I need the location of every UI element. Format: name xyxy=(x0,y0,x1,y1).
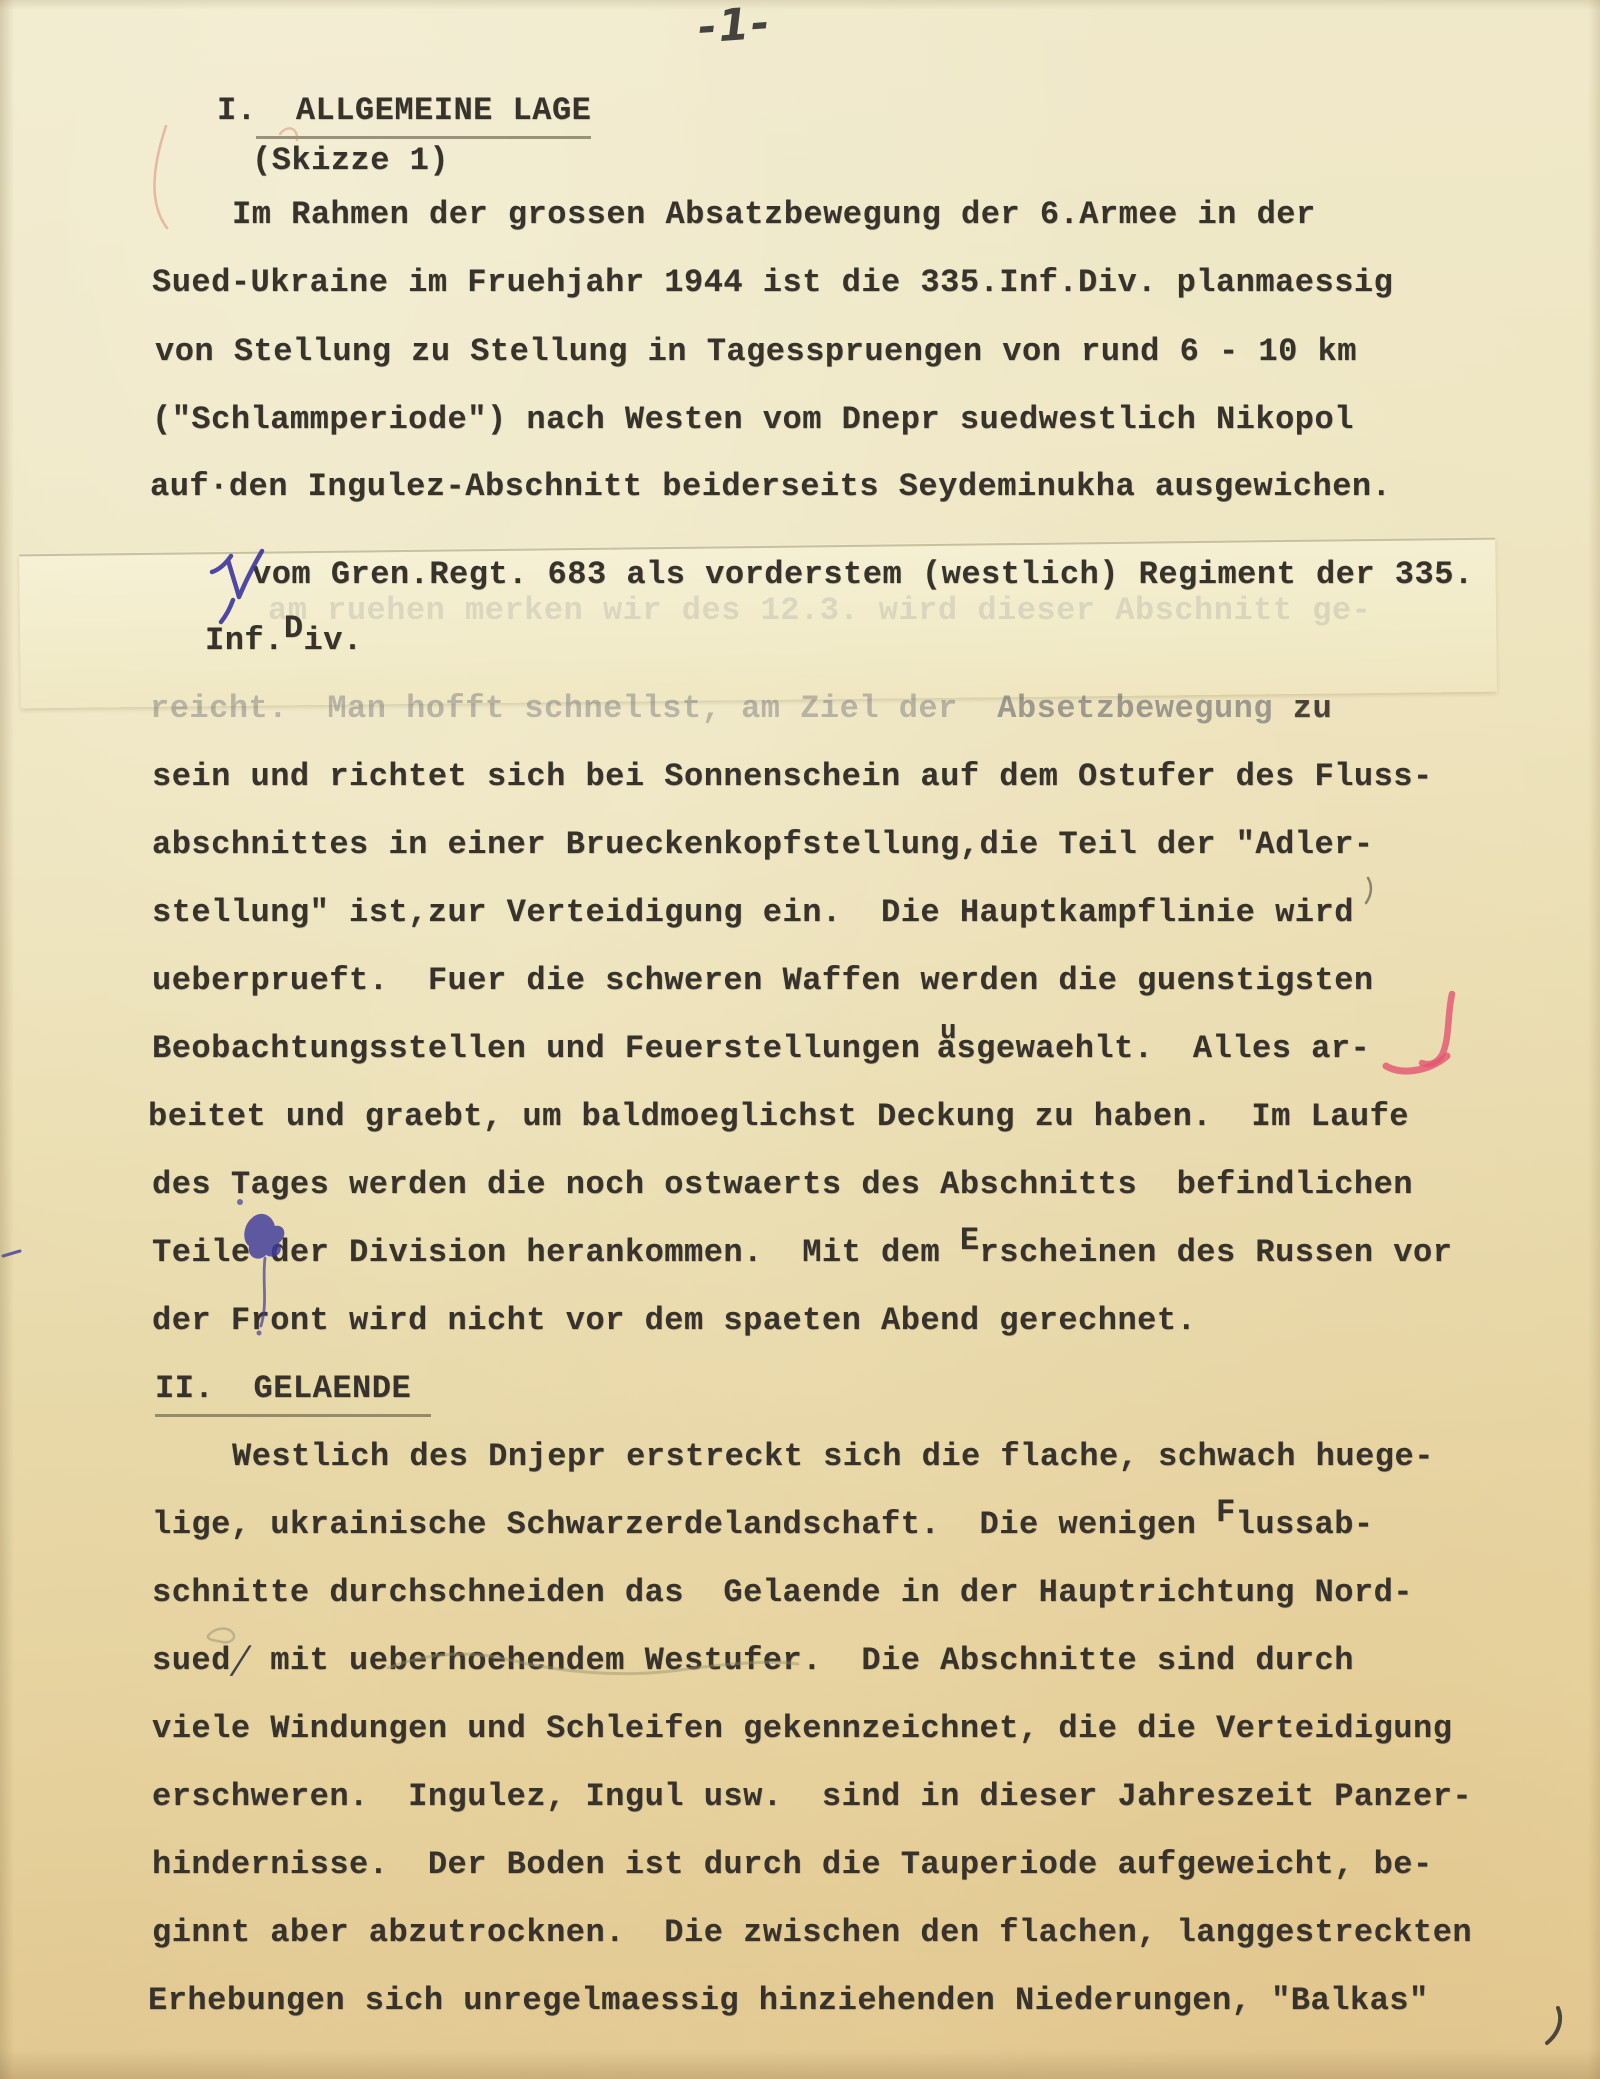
text-run: sued xyxy=(152,1642,231,1679)
text-run: stellung" ist,zur Verteidigung ein. Die … xyxy=(152,894,1354,931)
text-line: lige, ukrainische Schwarzerdelandschaft.… xyxy=(152,1506,1374,1552)
heading-skizze: (Skizze 1) xyxy=(252,142,449,188)
text-run: D xyxy=(284,610,304,647)
text-line: stellung" ist,zur Verteidigung ein. Die … xyxy=(152,894,1354,940)
text-line: viele Windungen und Schleifen gekennzeic… xyxy=(152,1710,1452,1756)
text-run: Teile der Division herankommen. Mit dem xyxy=(152,1234,960,1271)
text-run: Im Rahmen der grossen Absatzbewegung der… xyxy=(232,196,1316,233)
text-run: hindernisse. Der Boden ist durch die Tau… xyxy=(152,1846,1433,1883)
text-run: Erhebungen sich unregelmaessig hinziehen… xyxy=(148,1982,1429,2019)
pasted-line-1: vom Gren.Regt. 683 als vorderstem (westl… xyxy=(252,556,1474,602)
text-run: rscheinen des Russen vor xyxy=(980,1234,1453,1271)
text-run: lussab- xyxy=(1236,1506,1374,1543)
text-run: lige, ukrainische Schwarzerdelandschaft.… xyxy=(152,1506,1216,1543)
text-run: I. xyxy=(217,92,256,129)
text-run: erschweren. Ingulez, Ingul usw. sind in … xyxy=(152,1778,1472,1815)
text-run: E xyxy=(960,1222,980,1259)
text-line: ("Schlammperiode") nach Westen vom Dnepr… xyxy=(152,401,1354,447)
text-run: ueberprueft. Fuer die schweren Waffen we… xyxy=(152,962,1374,999)
page-number-handwritten: -1- xyxy=(696,0,773,53)
text-line: der Front wird nicht vor dem spaeten Abe… xyxy=(152,1302,1196,1348)
text-run: reicht. Man hofft schnellst, am Ziel der xyxy=(150,690,997,727)
text-run: viele Windungen und Schleifen gekennzeic… xyxy=(152,1710,1452,1747)
text-run: II. GELAENDE xyxy=(155,1370,431,1417)
text-run: Westlich des Dnjepr erstreckt sich die f… xyxy=(232,1438,1434,1475)
text-run: u xyxy=(940,1016,957,1047)
heading-gelaende: II. GELAENDE xyxy=(155,1370,431,1416)
text-run: abschnittes in einer Brueckenkopfstellun… xyxy=(152,826,1374,863)
text-line: sued/ mit ueberhoehendem Westufer. Die A… xyxy=(152,1642,1354,1688)
text-run: F xyxy=(1216,1494,1236,1531)
text-run: Beobachtungsstellen und Feuerstellungen xyxy=(152,1030,940,1067)
text-run: zu xyxy=(1293,690,1332,727)
text-run: ("Schlammperiode") nach Westen vom Dnepr… xyxy=(152,401,1354,438)
pasted-line-2: Inf.Div. xyxy=(205,622,363,668)
text-line: Sued-Ukraine im Fruehjahr 1944 ist die 3… xyxy=(152,264,1393,310)
text-lines: I. ALLGEMEINE LAGE(Skizze 1)Im Rahmen de… xyxy=(0,0,1600,2079)
text-line: Westlich des Dnjepr erstreckt sich die f… xyxy=(232,1438,1434,1484)
text-run: schnitte durchschneiden das Gelaende in … xyxy=(152,1574,1413,1611)
text-run: der Front wird nicht vor dem spaeten Abe… xyxy=(152,1302,1196,1339)
text-run: des Tages werden die noch ostwaerts des … xyxy=(152,1166,1413,1203)
text-line: sein und richtet sich bei Sonnenschein a… xyxy=(152,758,1433,804)
text-line: ueberprueft. Fuer die schweren Waffen we… xyxy=(152,962,1374,1008)
text-run: von Stellung zu Stellung in Tagessprueng… xyxy=(155,333,1357,370)
text-line: abschnittes in einer Brueckenkopfstellun… xyxy=(152,826,1374,872)
text-run: asgewaehlt. Alles ar- xyxy=(937,1030,1370,1067)
text-line: hindernisse. Der Boden ist durch die Tau… xyxy=(152,1846,1433,1892)
text-run: Inf. xyxy=(205,622,284,659)
text-line: Im Rahmen der grossen Absatzbewegung der… xyxy=(232,196,1316,242)
text-run: (Skizze 1) xyxy=(252,142,449,179)
text-run: iv. xyxy=(304,622,363,659)
text-run: Sued-Ukraine im Fruehjahr 1944 ist die 3… xyxy=(152,264,1393,301)
text-run: ginnt aber abzutrocknen. Die zwischen de… xyxy=(152,1914,1472,1951)
document-page: -1- I. ALLGEMEINE LAGE(Skizze 1)Im Rahme… xyxy=(0,0,1600,2079)
text-line: Erhebungen sich unregelmaessig hinziehen… xyxy=(148,1982,1429,2028)
text-run: beitet und graebt, um baldmoeglichst Dec… xyxy=(148,1098,1409,1135)
text-run: auf·den Ingulez-Abschnitt beiderseits Se… xyxy=(150,468,1391,505)
text-line: erschweren. Ingulez, Ingul usw. sind in … xyxy=(152,1778,1472,1824)
text-run: mit ueberhoehendem Westufer. Die Abschni… xyxy=(251,1642,1354,1679)
text-line: Teile der Division herankommen. Mit dem … xyxy=(152,1234,1452,1280)
text-run: ALLGEMEINE LAGE xyxy=(256,92,591,139)
text-line: von Stellung zu Stellung in Tagessprueng… xyxy=(155,333,1357,379)
text-run: sein und richtet sich bei Sonnenschein a… xyxy=(152,758,1433,795)
text-line: schnitte durchschneiden das Gelaende in … xyxy=(152,1574,1413,1620)
text-run: vom Gren.Regt. 683 als vorderstem (westl… xyxy=(252,556,1474,593)
text-line: des Tages werden die noch ostwaerts des … xyxy=(152,1166,1413,1212)
text-line: beitet und graebt, um baldmoeglichst Dec… xyxy=(148,1098,1409,1144)
faded-typed-line: reicht. Man hofft schnellst, am Ziel der… xyxy=(150,690,1332,736)
text-run: Absetzbewegung xyxy=(997,690,1293,727)
heading-allgemeine-lage: I. ALLGEMEINE LAGE xyxy=(217,92,591,138)
text-line: auf·den Ingulez-Abschnitt beiderseits Se… xyxy=(150,468,1391,514)
text-line: Beobachtungsstellen und Feuerstellungen … xyxy=(152,1030,1370,1076)
text-line: ginnt aber abzutrocknen. Die zwischen de… xyxy=(152,1914,1472,1960)
